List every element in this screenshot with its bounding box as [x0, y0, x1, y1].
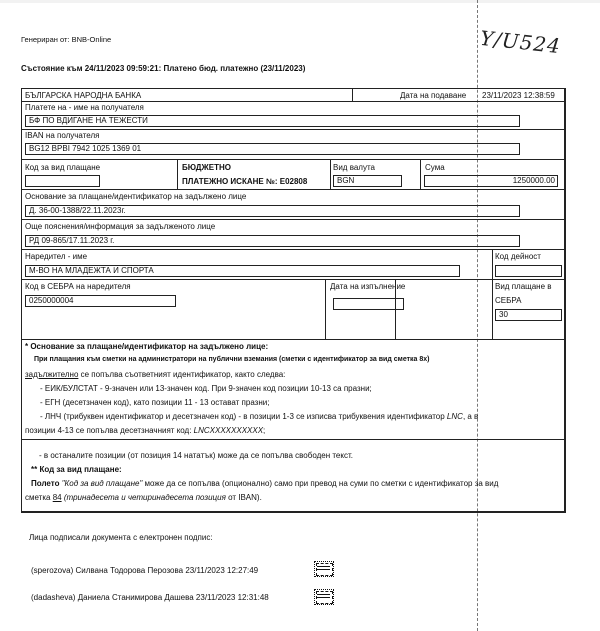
activity-code-label: Код дейност: [495, 252, 541, 261]
lnch-end: , а в: [463, 412, 478, 421]
basis-field[interactable]: Д. 36-00-1388/22.11.2023г.: [25, 205, 520, 217]
currency-label: Вид валута: [333, 163, 375, 172]
signer-row: (dadasheva) Даниела Станимирова Дашева 2…: [31, 593, 269, 602]
divider: [22, 339, 564, 340]
basis-notes-intro: При плащания към сметки на администратор…: [34, 356, 430, 363]
sebra-payment-type-field[interactable]: 30: [495, 309, 562, 321]
sebra-payment-type-label-2: СЕБРА: [495, 296, 522, 305]
doc-type-line1: БЮДЖЕТНО: [182, 163, 231, 172]
sebra-payment-type-label: Вид плащане в: [495, 282, 552, 291]
divider: [22, 249, 564, 250]
extra-info-field[interactable]: РД 09-865/17.11.2023 г.: [25, 235, 520, 247]
divider: [177, 159, 178, 189]
lnch-cont-italic: LNCXXXXXXXXXX: [194, 426, 263, 435]
payee-label-text: Платете на - име на получателя: [25, 103, 144, 112]
code-p2-end: от IBAN).: [226, 493, 262, 502]
code-p1-bold: Полето: [31, 479, 62, 488]
note-item-eik: - ЕИК/БУЛСТАТ - 9-значен или 13-значен к…: [40, 384, 372, 393]
signature-stamp-icon[interactable]: [314, 589, 334, 605]
divider: [22, 189, 564, 190]
bank-name: БЪЛГАРСКА НАРОДНА БАНКА: [25, 91, 141, 100]
note-item-egn: - ЕГН (десетзначен код), като позиции 11…: [40, 398, 269, 407]
payment-form: БЪЛГАРСКА НАРОДНА БАНКА Дата на подаване…: [21, 88, 566, 440]
payer-field[interactable]: М-ВО НА МЛАДЕЖТА И СПОРТА: [25, 265, 460, 277]
basis-notes-title: * Основание за плащане/идентификатор на …: [25, 342, 268, 351]
generated-by: Генериран от: BNB-Online: [21, 35, 111, 44]
payment-code-para1: Полето "Код за вид плащане" може да се п…: [31, 479, 498, 488]
payment-type-code-field[interactable]: [25, 175, 100, 187]
payee-label: Платете на - име на получателя: [25, 103, 144, 112]
note-item-lnch-cont: позиции 4-13 се попълва десетзначният ко…: [25, 426, 265, 435]
note-item-lnch: - ЛНЧ (трибуквен идентификатор и десетзн…: [40, 412, 478, 421]
signer-row: (sperozova) Силвана Тодорова Перозова 23…: [31, 566, 258, 575]
divider: [22, 101, 564, 102]
payment-type-code-label: Код за вид плащане: [25, 163, 100, 172]
amount-label: Сума: [425, 163, 445, 172]
payment-code-para2: сметка 84 (тринадесета и четиринадесета …: [25, 493, 262, 502]
divider: [330, 159, 331, 189]
divider: [325, 279, 326, 339]
handwritten-note: Y/U524: [479, 26, 562, 58]
mandatory-word: задължително: [25, 370, 78, 379]
submission-date-label: Дата на подаване: [400, 91, 466, 100]
code-p2-italic: (тринадесета и четиринадесета позиция: [62, 493, 226, 502]
iban-label: IBAN на получателя: [25, 131, 99, 140]
basis-label: Основание за плащане/идентификатор на за…: [25, 192, 246, 201]
lnch-cont-text: позиции 4-13 се попълва десетзначният ко…: [25, 426, 194, 435]
submission-date: 23/11/2023 12:38:59: [482, 91, 555, 100]
divider: [22, 219, 564, 220]
code-p2-start: сметка: [25, 493, 53, 502]
payer-label: Наредител - име: [25, 252, 87, 261]
divider: [352, 89, 353, 101]
payee-field[interactable]: БФ ПО ВДИГАНЕ НА ТЕЖЕСТИ: [25, 115, 520, 127]
signature-stamp-icon[interactable]: [314, 561, 334, 577]
signatures-title: Лица подписали документа с електронен по…: [29, 533, 213, 542]
amount-field[interactable]: 1250000.00: [424, 175, 558, 187]
divider: [492, 249, 493, 279]
execution-date-field[interactable]: [333, 298, 404, 310]
currency-field[interactable]: BGN: [333, 175, 402, 187]
iban-field[interactable]: BG12 BPBI 7942 1025 1369 01: [25, 143, 520, 155]
payment-code-notes: ** Код за вид плащане: Полето "Код за ви…: [21, 438, 566, 513]
sebra-code-field[interactable]: 0250000004: [25, 295, 176, 307]
top-edge: [0, 0, 600, 3]
doc-number: ПЛАТЕЖНО ИСКАНЕ №: E02808: [182, 177, 307, 186]
payment-code-title: ** Код за вид плащане:: [31, 465, 122, 474]
code-p1-italic: "Код за вид плащане": [62, 479, 143, 488]
lnch-text: - ЛНЧ (трибуквен идентификатор и десетзн…: [40, 412, 447, 421]
divider: [395, 279, 396, 339]
divider: [22, 129, 564, 130]
divider: [22, 159, 564, 160]
basis-notes-mandatory: задължително се попълва съответният иден…: [25, 370, 285, 379]
activity-code-field[interactable]: [495, 265, 562, 277]
document-status: Състояние към 24/11/2023 09:59:21: Плате…: [21, 64, 305, 73]
lnch-italic: LNC: [447, 412, 463, 421]
code-p2-underline: 84: [53, 493, 62, 502]
mandatory-rest: се попълва съответният идентификатор, ка…: [78, 370, 285, 379]
sebra-code-label: Код в СЕБРА на наредителя: [25, 282, 131, 291]
code-p1-rest: може да се попълва (опционално) само при…: [142, 479, 498, 488]
divider: [22, 279, 564, 280]
divider: [492, 279, 493, 339]
divider: [420, 159, 421, 189]
extra-info-label: Още пояснения/информация за задълженото …: [25, 222, 215, 231]
lnch-cont-end: ;: [263, 426, 265, 435]
